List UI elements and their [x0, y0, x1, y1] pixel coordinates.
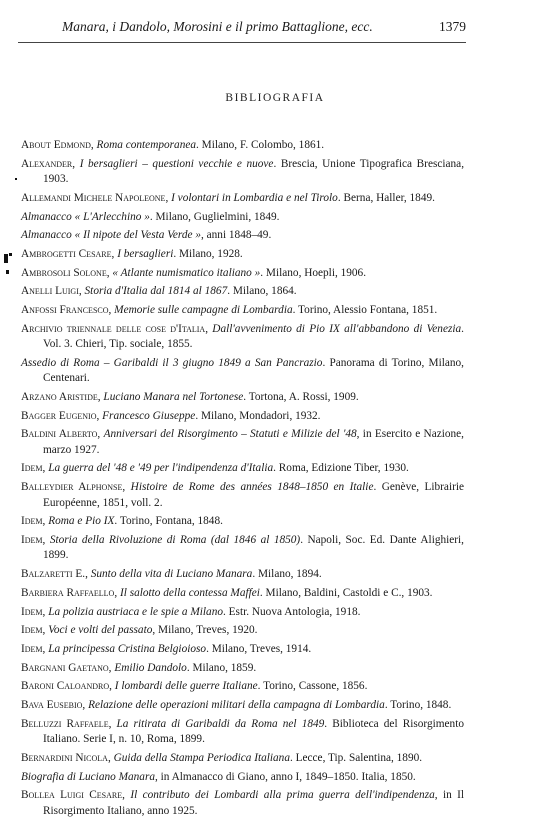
entry-author: Bargnani Gaetano: [21, 662, 109, 674]
bibliography-entry: Almanacco « Il nipote del Vesta Verde »,…: [21, 228, 464, 243]
section-title: BIBLIOGRAFIA: [0, 92, 550, 104]
bibliography-entry: Balzaretti E., Sunto della vita di Lucia…: [21, 567, 464, 582]
entry-author: Idem: [21, 624, 43, 636]
entry-title: « Atlante numismatico italiano »: [112, 267, 260, 279]
entry-author: Idem: [21, 462, 43, 474]
bibliography-entry: Alexander, I bersaglieri – questioni vec…: [21, 157, 464, 188]
entry-title: I bersaglieri: [117, 248, 173, 260]
bibliography-entry: Baldini Alberto, Anniversari del Risorgi…: [21, 427, 464, 458]
entry-title: Sunto della vita di Luciano Manara: [91, 568, 253, 580]
entry-author: Bava Eusebio: [21, 699, 82, 711]
entry-title: La guerra del '48 e '49 per l'indipenden…: [48, 462, 273, 474]
entry-title: Almanacco « L'Arlecchino »: [21, 211, 150, 223]
entry-author: Idem: [21, 606, 43, 618]
entry-author: Baldini Alberto: [21, 428, 97, 440]
bibliography-entry: Almanacco « L'Arlecchino ». Milano, Gugl…: [21, 210, 464, 225]
entry-title: Dall'avvenimento di Pio IX all'abbandono…: [212, 323, 461, 335]
entry-rest: . Milano, Mondadori, 1932.: [195, 410, 320, 422]
entry-title: Roma e Pio IX: [48, 515, 114, 527]
entry-author: Balzaretti E.: [21, 568, 85, 580]
entry-author: Archivio triennale delle cose d'Italia: [21, 323, 205, 335]
entry-title: La principessa Cristina Belgioioso: [48, 643, 206, 655]
bibliography-entry: Assedio di Roma – Garibaldi il 3 giugno …: [21, 356, 464, 387]
entry-title: Il contributo dei Lombardi alla prima gu…: [130, 789, 434, 801]
entry-rest: . Milano, 1894.: [252, 568, 321, 580]
bibliography-entry: Idem, Voci e volti del passato, Milano, …: [21, 623, 464, 638]
page-number: 1379: [439, 19, 466, 35]
bibliography-entry: Balleydier Alphonse, Histoire de Rome de…: [21, 480, 464, 511]
entry-author: Anelli Luigi: [21, 285, 79, 297]
bibliography-entry: Barbiera Raffaello, Il salotto della con…: [21, 586, 464, 601]
entry-title: Storia della Rivoluzione di Roma (dal 18…: [50, 534, 300, 546]
entry-author: Belluzzi Raffaele: [21, 718, 109, 730]
bibliography-entry: Baroni Caloandro, I lombardi delle guerr…: [21, 679, 464, 694]
bibliography-list: About Edmond, Roma contemporanea. Milano…: [21, 138, 464, 821]
bibliography-entry: Anelli Luigi, Storia d'Italia dal 1814 a…: [21, 284, 464, 299]
entry-title: Memorie sulle campagne di Lombardia: [114, 304, 292, 316]
entry-sep: ,: [43, 534, 50, 546]
entry-title: Roma contemporanea: [97, 139, 196, 151]
entry-author: Bollea Luigi Cesare: [21, 789, 122, 801]
entry-author: Barbiera Raffaello: [21, 587, 114, 599]
entry-sep: ,: [122, 481, 130, 493]
bibliography-entry: Archivio triennale delle cose d'Italia, …: [21, 322, 464, 353]
entry-author: Bagger Eugenio: [21, 410, 96, 422]
entry-rest: . Milano, Treves, 1914.: [206, 643, 311, 655]
entry-rest: , anni 1848–49.: [201, 229, 271, 241]
entry-title: Luciano Manara nel Tortonese: [103, 391, 243, 403]
bibliography-entry: Anfossi Francesco, Memorie sulle campagn…: [21, 303, 464, 318]
bibliography-entry: Bagger Eugenio, Francesco Giuseppe. Mila…: [21, 409, 464, 424]
bibliography-entry: Idem, Roma e Pio IX. Torino, Fontana, 18…: [21, 514, 464, 529]
scan-speck: [15, 178, 17, 180]
entry-rest: . Torino, 1848.: [385, 699, 451, 711]
running-header: Manara, i Dandolo, Morosini e il primo B…: [62, 19, 466, 35]
entry-title: I lombardi delle guerre Italiane: [115, 680, 258, 692]
bibliography-entry: About Edmond, Roma contemporanea. Milano…: [21, 138, 464, 153]
entry-author: Balleydier Alphonse: [21, 481, 122, 493]
entry-author: Idem: [21, 534, 43, 546]
entry-title: La ritirata di Garibaldi da Roma nel 184…: [117, 718, 325, 730]
entry-rest: . Berna, Haller, 1849.: [338, 192, 435, 204]
entry-title: Guida della Stampa Periodica Italiana: [114, 752, 290, 764]
entry-title: Il salotto della contessa Maffei: [120, 587, 260, 599]
entry-title: I bersaglieri – questioni vecchie e nuov…: [80, 158, 274, 170]
entry-rest: . Estr. Nuova Antologia, 1918.: [223, 606, 360, 618]
entry-rest: . Milano, F. Colombo, 1861.: [196, 139, 324, 151]
entry-title: Assedio di Roma – Garibaldi il 3 giugno …: [21, 357, 322, 369]
scan-speck: [9, 253, 12, 256]
entry-rest: . Milano, Hoepli, 1906.: [260, 267, 366, 279]
entry-rest: . Milano, Guglielmini, 1849.: [150, 211, 280, 223]
bibliography-entry: Ambrosoli Solone, « Atlante numismatico …: [21, 266, 464, 281]
entry-title: Biografia di Luciano Manara: [21, 771, 155, 783]
entry-rest: . Torino, Fontana, 1848.: [114, 515, 223, 527]
entry-author: Idem: [21, 515, 43, 527]
bibliography-entry: Idem, La polizia austriaca e le spie a M…: [21, 605, 464, 620]
entry-rest: . Milano, 1864.: [227, 285, 296, 297]
entry-author: Ambrosoli Solone: [21, 267, 107, 279]
entry-rest: . Milano, Baldini, Castoldi e C., 1903.: [260, 587, 433, 599]
entry-rest: . Tortona, A. Rossi, 1909.: [243, 391, 358, 403]
bibliography-entry: Bargnani Gaetano, Emilio Dandolo. Milano…: [21, 661, 464, 676]
entry-rest: . Milano, 1928.: [173, 248, 242, 260]
entry-title: Francesco Giuseppe: [102, 410, 195, 422]
bibliography-entry: Bollea Luigi Cesare, Il contributo dei L…: [21, 788, 464, 819]
entry-author: Idem: [21, 643, 43, 655]
entry-title: Anniversari del Risorgimento – Statuti e…: [104, 428, 357, 440]
bibliography-entry: Biografia di Luciano Manara, in Almanacc…: [21, 770, 464, 785]
bibliography-entry: Idem, La guerra del '48 e '49 per l'indi…: [21, 461, 464, 476]
bibliography-entry: Ambrogetti Cesare, I bersaglieri. Milano…: [21, 247, 464, 262]
entry-author: Baroni Caloandro: [21, 680, 109, 692]
entry-title: I volontari in Lombardia e nel Tirolo: [171, 192, 338, 204]
entry-sep: ,: [109, 718, 117, 730]
entry-rest: . Torino, Alessio Fontana, 1851.: [293, 304, 438, 316]
bibliography-entry: Arzano Aristide, Luciano Manara nel Tort…: [21, 390, 464, 405]
entry-author: About Edmond: [21, 139, 91, 151]
entry-title: La polizia austriaca e le spie a Milano: [48, 606, 223, 618]
entry-title: Emilio Dandolo: [114, 662, 187, 674]
entry-rest: , in Almanacco di Giano, anno I, 1849–18…: [155, 771, 416, 783]
entry-title: Storia d'Italia dal 1814 al 1867: [85, 285, 228, 297]
entry-author: Allemandi Michele Napoleone: [21, 192, 165, 204]
entry-rest: . Roma, Edizione Tiber, 1930.: [273, 462, 409, 474]
header-rule: [18, 42, 466, 43]
entry-author: Bernardini Nicola: [21, 752, 108, 764]
bibliography-entry: Bava Eusebio, Relazione delle operazioni…: [21, 698, 464, 713]
scan-speck: [6, 270, 9, 274]
scan-speck: [4, 254, 8, 263]
entry-author: Arzano Aristide: [21, 391, 98, 403]
entry-rest: . Lecce, Tip. Salentina, 1890.: [290, 752, 422, 764]
entry-title: Voci e volti del passato: [48, 624, 152, 636]
bibliography-entry: Idem, La principessa Cristina Belgioioso…: [21, 642, 464, 657]
entry-rest: . Torino, Cassone, 1856.: [258, 680, 368, 692]
bibliography-entry: Bernardini Nicola, Guida della Stampa Pe…: [21, 751, 464, 766]
bibliography-entry: Allemandi Michele Napoleone, I volontari…: [21, 191, 464, 206]
bibliography-entry: Idem, Storia della Rivoluzione di Roma (…: [21, 533, 464, 564]
entry-rest: . Milano, 1859.: [187, 662, 256, 674]
bibliography-entry: Belluzzi Raffaele, La ritirata di Gariba…: [21, 717, 464, 748]
running-title: Manara, i Dandolo, Morosini e il primo B…: [62, 19, 373, 34]
entry-author: Anfossi Francesco: [21, 304, 109, 316]
entry-title: Relazione delle operazioni militari dell…: [88, 699, 385, 711]
entry-title: Histoire de Rome des années 1848–1850 en…: [131, 481, 374, 493]
entry-rest: , Milano, Treves, 1920.: [152, 624, 257, 636]
entry-author: Alexander: [21, 158, 72, 170]
entry-title: Almanacco « Il nipote del Vesta Verde »: [21, 229, 201, 241]
entry-author: Ambrogetti Cesare: [21, 248, 112, 260]
entry-sep: ,: [72, 158, 79, 170]
